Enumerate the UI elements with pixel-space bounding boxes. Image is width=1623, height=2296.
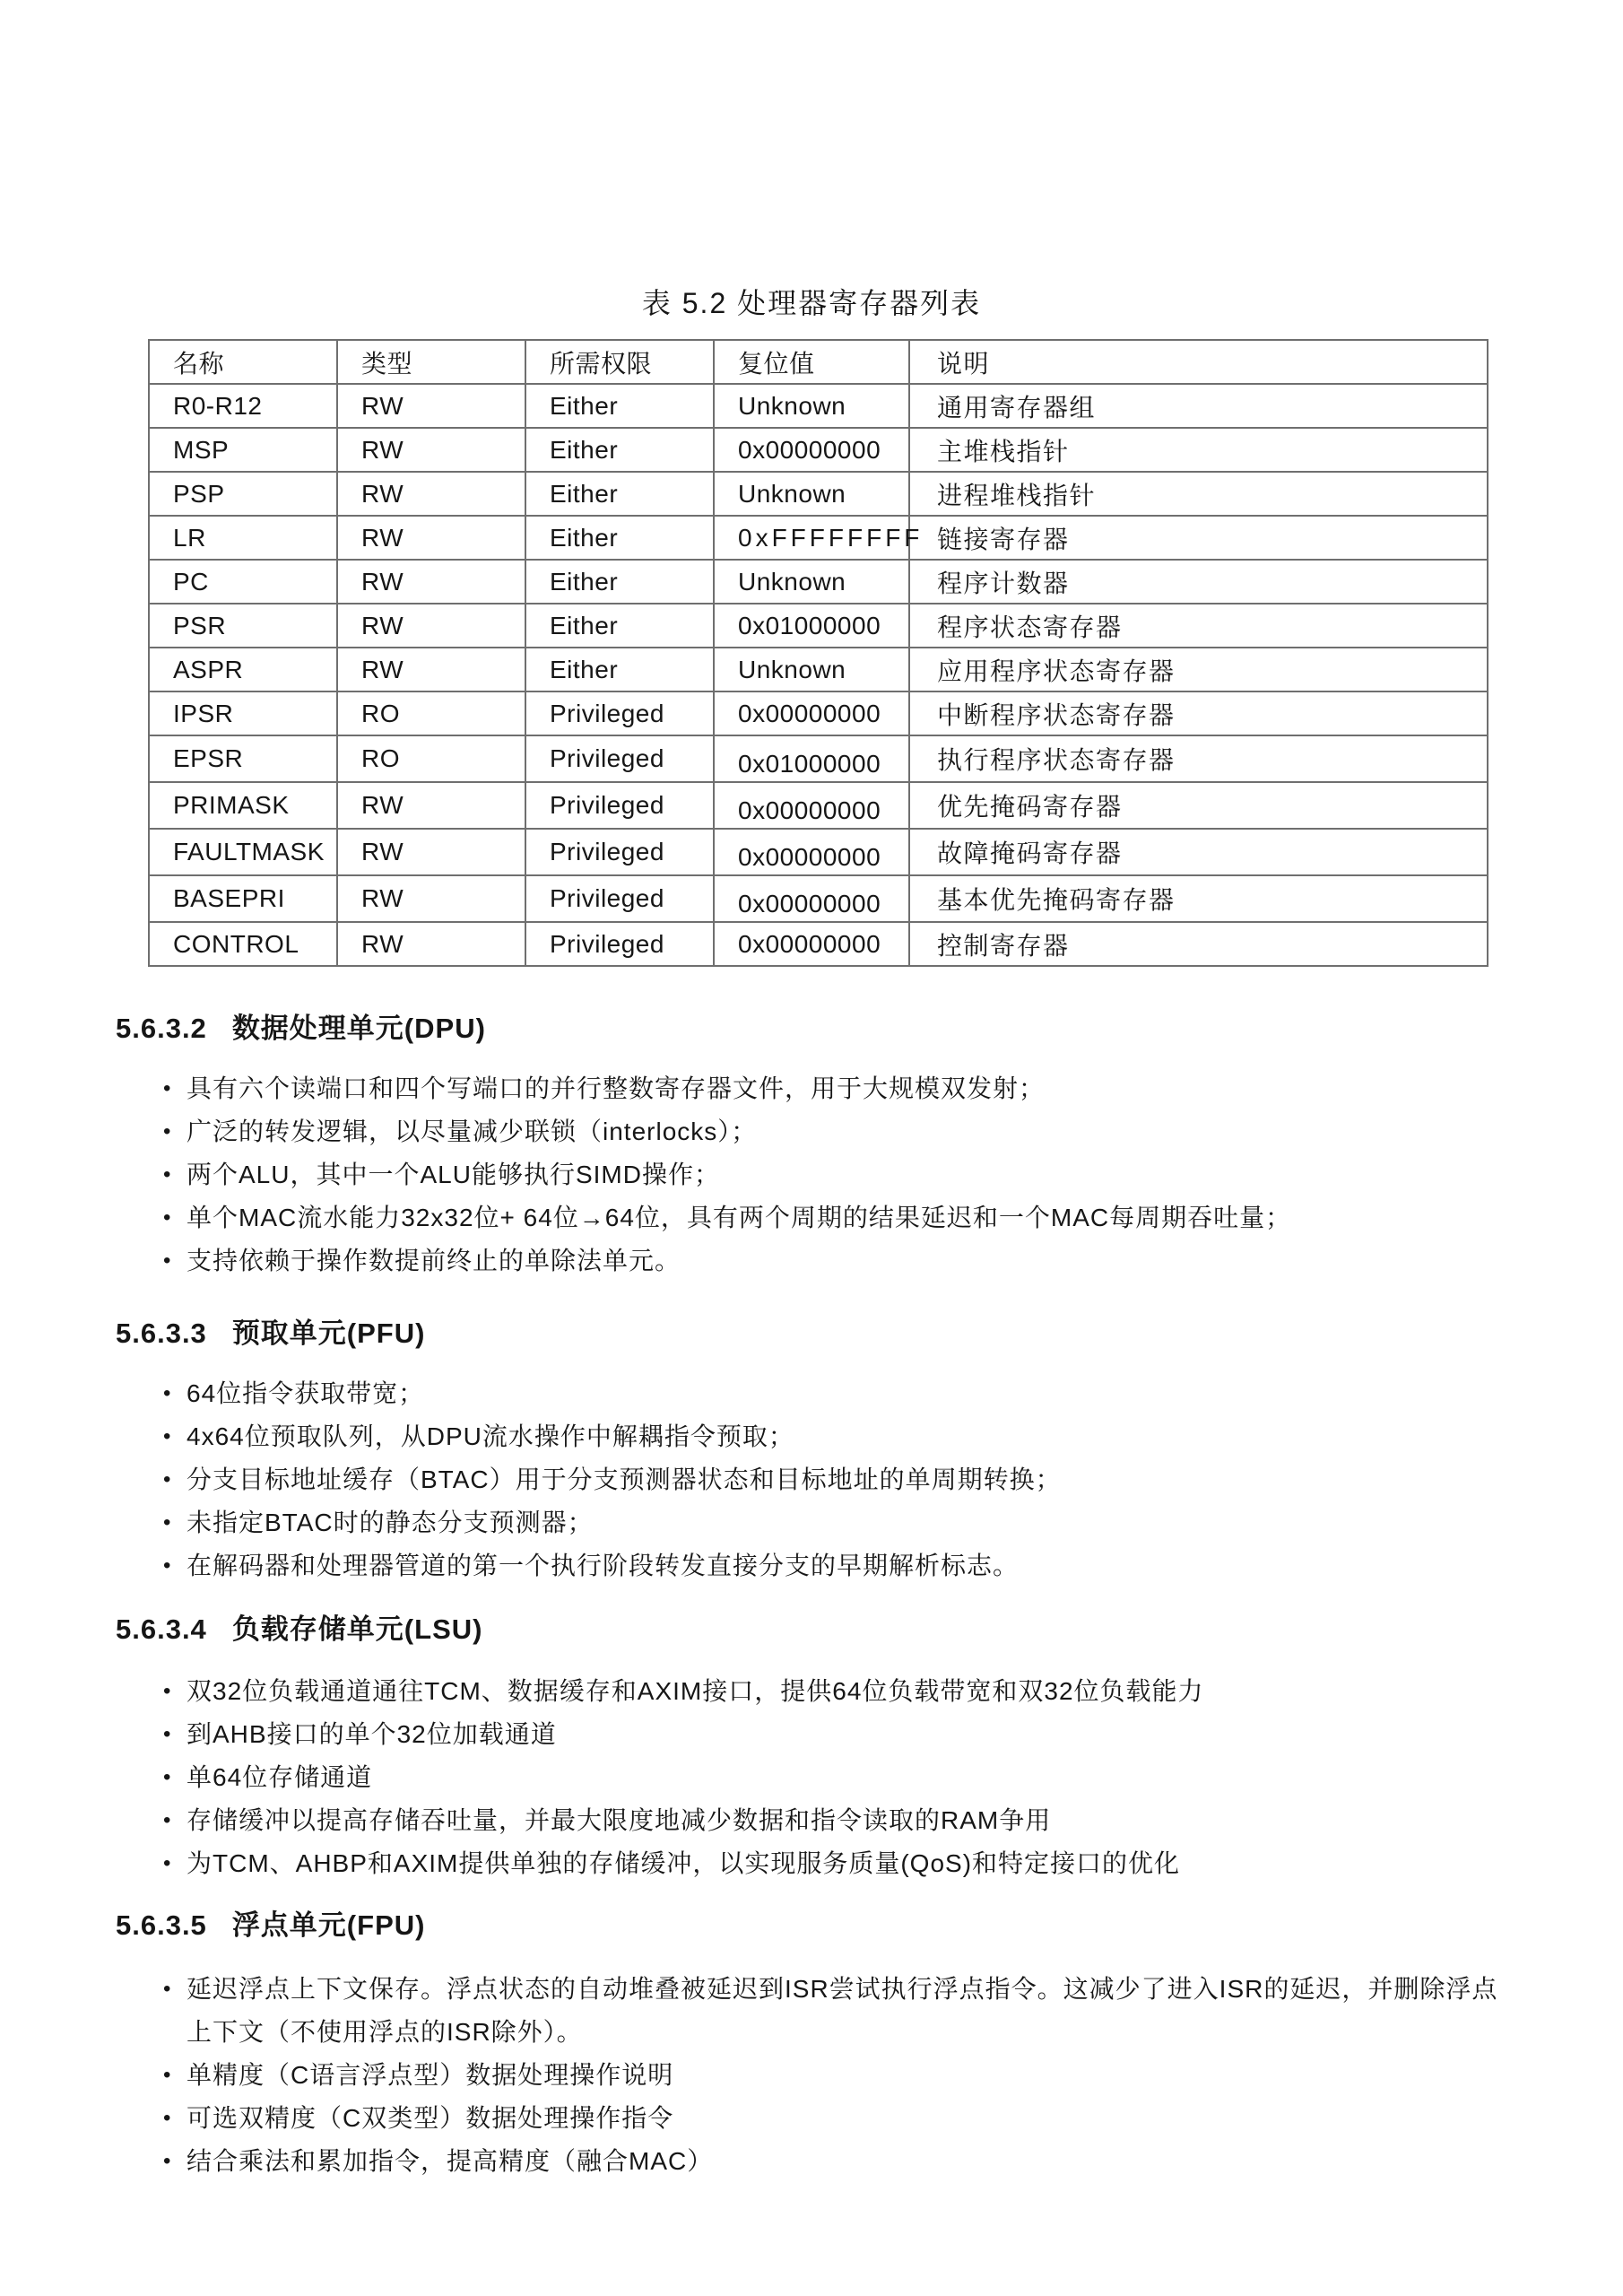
cell-type: RW bbox=[337, 875, 525, 922]
bullet-item: 延迟浮点上下文保存。浮点状态的自动堆叠被延迟到ISR尝试执行浮点指令。这减少了进… bbox=[163, 1968, 1515, 2054]
cell-privilege: Either bbox=[525, 604, 714, 648]
cell-desc: 链接寄存器 bbox=[909, 516, 1488, 560]
table-row: MSP RW Either 0x00000000 主堆栈指针 bbox=[149, 428, 1488, 472]
section-heading: 5.6.3.4负载存储单元(LSU) bbox=[116, 1611, 1623, 1648]
cell-desc: 控制寄存器 bbox=[909, 922, 1488, 966]
table-row: PRIMASK RW Privileged 0x00000000 优先掩码寄存器 bbox=[149, 782, 1488, 829]
bullet-item: 支持依赖于操作数提前终止的单除法单元。 bbox=[163, 1239, 1515, 1283]
cell-name: MSP bbox=[149, 428, 337, 472]
table-row: PSR RW Either 0x01000000 程序状态寄存器 bbox=[149, 604, 1488, 648]
cell-desc: 优先掩码寄存器 bbox=[909, 782, 1488, 829]
bullet-list: 具有六个读端口和四个写端口的并行整数寄存器文件，用于大规模双发射； 广泛的转发逻… bbox=[0, 1067, 1515, 1283]
section-title: 浮点单元(FPU) bbox=[232, 1909, 426, 1941]
table-row: BASEPRI RW Privileged 0x00000000 基本优先掩码寄… bbox=[149, 875, 1488, 922]
cell-privilege: Privileged bbox=[525, 922, 714, 966]
cell-name: R0-R12 bbox=[149, 384, 337, 428]
bullet-item: 单个MAC流水能力32x32位+ 64位→64位，具有两个周期的结果延迟和一个M… bbox=[163, 1196, 1515, 1239]
cell-privilege: Either bbox=[525, 648, 714, 691]
cell-reset: 0x01000000 bbox=[714, 735, 909, 782]
section-heading: 5.6.3.5浮点单元(FPU) bbox=[116, 1907, 1623, 1944]
cell-type: RW bbox=[337, 472, 525, 516]
cell-desc: 程序状态寄存器 bbox=[909, 604, 1488, 648]
cell-type: RW bbox=[337, 648, 525, 691]
section-heading: 5.6.3.2数据处理单元(DPU) bbox=[116, 1010, 1623, 1048]
table-row: FAULTMASK RW Privileged 0x00000000 故障掩码寄… bbox=[149, 829, 1488, 875]
cell-privilege: Privileged bbox=[525, 782, 714, 829]
column-header-reset: 复位值 bbox=[714, 340, 909, 384]
section-pfu: 5.6.3.3预取单元(PFU) 64位指令获取带宽； 4x64位预取队列，从D… bbox=[0, 1315, 1623, 1587]
cell-desc: 应用程序状态寄存器 bbox=[909, 648, 1488, 691]
cell-type: RW bbox=[337, 922, 525, 966]
cell-desc: 中断程序状态寄存器 bbox=[909, 691, 1488, 735]
section-number: 5.6.3.5 bbox=[116, 1907, 207, 1944]
cell-name: EPSR bbox=[149, 735, 337, 782]
cell-name: PRIMASK bbox=[149, 782, 337, 829]
section-number: 5.6.3.3 bbox=[116, 1315, 207, 1352]
bullet-item: 具有六个读端口和四个写端口的并行整数寄存器文件，用于大规模双发射； bbox=[163, 1067, 1515, 1110]
bullet-item: 为TCM、AHBP和AXIM提供单独的存储缓冲，以实现服务质量(QoS)和特定接… bbox=[163, 1842, 1515, 1885]
cell-reset: Unknown bbox=[714, 472, 909, 516]
bullet-item: 分支目标地址缓存（BTAC）用于分支预测器状态和目标地址的单周期转换； bbox=[163, 1458, 1515, 1501]
bullet-list: 64位指令获取带宽； 4x64位预取队列，从DPU流水操作中解耦指令预取； 分支… bbox=[0, 1372, 1515, 1587]
section-number: 5.6.3.4 bbox=[116, 1611, 207, 1648]
cell-name: FAULTMASK bbox=[149, 829, 337, 875]
column-header-type: 类型 bbox=[337, 340, 525, 384]
cell-reset: 0x00000000 bbox=[714, 428, 909, 472]
bullet-item: 64位指令获取带宽； bbox=[163, 1372, 1515, 1415]
cell-reset: 0x01000000 bbox=[714, 604, 909, 648]
cell-desc: 进程堆栈指针 bbox=[909, 472, 1488, 516]
section-number: 5.6.3.2 bbox=[116, 1010, 207, 1048]
cell-privilege: Privileged bbox=[525, 875, 714, 922]
cell-desc: 程序计数器 bbox=[909, 560, 1488, 604]
cell-type: RW bbox=[337, 516, 525, 560]
cell-type: RO bbox=[337, 691, 525, 735]
cell-name: ASPR bbox=[149, 648, 337, 691]
cell-reset: 0x00000000 bbox=[714, 782, 909, 829]
table-row: LR RW Either 0xFFFFFFFF 链接寄存器 bbox=[149, 516, 1488, 560]
cell-type: RW bbox=[337, 428, 525, 472]
cell-desc: 执行程序状态寄存器 bbox=[909, 735, 1488, 782]
bullet-item: 单精度（C语言浮点型）数据处理操作说明 bbox=[163, 2054, 1515, 2097]
cell-privilege: Either bbox=[525, 428, 714, 472]
table-row: PSP RW Either Unknown 进程堆栈指针 bbox=[149, 472, 1488, 516]
section-dpu: 5.6.3.2数据处理单元(DPU) 具有六个读端口和四个写端口的并行整数寄存器… bbox=[0, 1010, 1623, 1283]
table-caption: 表 5.2 处理器寄存器列表 bbox=[0, 285, 1623, 321]
bullet-list: 延迟浮点上下文保存。浮点状态的自动堆叠被延迟到ISR尝试执行浮点指令。这减少了进… bbox=[0, 1968, 1515, 2183]
bullet-item: 在解码器和处理器管道的第一个执行阶段转发直接分支的早期解析标志。 bbox=[163, 1544, 1515, 1587]
bullet-list: 双32位负载通道通往TCM、数据缓存和AXIM接口，提供64位负载带宽和双32位… bbox=[0, 1670, 1515, 1885]
cell-desc: 基本优先掩码寄存器 bbox=[909, 875, 1488, 922]
cell-name: PSP bbox=[149, 472, 337, 516]
column-header-privilege: 所需权限 bbox=[525, 340, 714, 384]
cell-privilege: Either bbox=[525, 560, 714, 604]
cell-reset: 0x00000000 bbox=[714, 922, 909, 966]
cell-name: PSR bbox=[149, 604, 337, 648]
cell-type: RW bbox=[337, 560, 525, 604]
cell-name: CONTROL bbox=[149, 922, 337, 966]
cell-name: PC bbox=[149, 560, 337, 604]
table-row: EPSR RO Privileged 0x01000000 执行程序状态寄存器 bbox=[149, 735, 1488, 782]
cell-reset: 0x00000000 bbox=[714, 829, 909, 875]
table-row: CONTROL RW Privileged 0x00000000 控制寄存器 bbox=[149, 922, 1488, 966]
table-header-row: 名称 类型 所需权限 复位值 说明 bbox=[149, 340, 1488, 384]
bullet-item: 结合乘法和累加指令，提高精度（融合MAC） bbox=[163, 2140, 1515, 2183]
cell-reset: Unknown bbox=[714, 560, 909, 604]
section-lsu: 5.6.3.4负载存储单元(LSU) 双32位负载通道通往TCM、数据缓存和AX… bbox=[0, 1611, 1623, 1885]
section-fpu: 5.6.3.5浮点单元(FPU) 延迟浮点上下文保存。浮点状态的自动堆叠被延迟到… bbox=[0, 1907, 1623, 2183]
cell-name: BASEPRI bbox=[149, 875, 337, 922]
document-page: 表 5.2 处理器寄存器列表 名称 类型 所需权限 复位值 说明 R0-R12 … bbox=[0, 0, 1623, 2296]
cell-privilege: Either bbox=[525, 472, 714, 516]
cell-privilege: Privileged bbox=[525, 691, 714, 735]
bullet-item: 双32位负载通道通往TCM、数据缓存和AXIM接口，提供64位负载带宽和双32位… bbox=[163, 1670, 1515, 1713]
cell-type: RW bbox=[337, 604, 525, 648]
cell-reset: Unknown bbox=[714, 648, 909, 691]
cell-privilege: Either bbox=[525, 516, 714, 560]
cell-name: IPSR bbox=[149, 691, 337, 735]
cell-privilege: Either bbox=[525, 384, 714, 428]
bullet-item: 4x64位预取队列，从DPU流水操作中解耦指令预取； bbox=[163, 1415, 1515, 1458]
cell-reset: 0x00000000 bbox=[714, 875, 909, 922]
bullet-item: 广泛的转发逻辑，以尽量减少联锁（interlocks）； bbox=[163, 1110, 1515, 1153]
cell-desc: 主堆栈指针 bbox=[909, 428, 1488, 472]
table-row: ASPR RW Either Unknown 应用程序状态寄存器 bbox=[149, 648, 1488, 691]
section-title: 预取单元(PFU) bbox=[232, 1318, 426, 1349]
section-heading: 5.6.3.3预取单元(PFU) bbox=[116, 1315, 1623, 1352]
section-title: 负载存储单元(LSU) bbox=[232, 1613, 483, 1645]
cell-privilege: Privileged bbox=[525, 735, 714, 782]
cell-type: RW bbox=[337, 829, 525, 875]
cell-desc: 故障掩码寄存器 bbox=[909, 829, 1488, 875]
cell-reset: 0x00000000 bbox=[714, 691, 909, 735]
bullet-item: 到AHB接口的单个32位加载通道 bbox=[163, 1713, 1515, 1756]
cell-type: RW bbox=[337, 782, 525, 829]
cell-type: RW bbox=[337, 384, 525, 428]
processor-register-table: 名称 类型 所需权限 复位值 说明 R0-R12 RW Either Unkno… bbox=[148, 339, 1488, 967]
bullet-item: 未指定BTAC时的静态分支预测器； bbox=[163, 1501, 1515, 1544]
cell-desc: 通用寄存器组 bbox=[909, 384, 1488, 428]
table-row: PC RW Either Unknown 程序计数器 bbox=[149, 560, 1488, 604]
column-header-desc: 说明 bbox=[909, 340, 1488, 384]
bullet-item: 单64位存储通道 bbox=[163, 1756, 1515, 1799]
table-row: IPSR RO Privileged 0x00000000 中断程序状态寄存器 bbox=[149, 691, 1488, 735]
bullet-item: 可选双精度（C双类型）数据处理操作指令 bbox=[163, 2097, 1515, 2140]
bullet-item: 存储缓冲以提高存储吞吐量，并最大限度地减少数据和指令读取的RAM争用 bbox=[163, 1799, 1515, 1842]
column-header-name: 名称 bbox=[149, 340, 337, 384]
table-row: R0-R12 RW Either Unknown 通用寄存器组 bbox=[149, 384, 1488, 428]
section-title: 数据处理单元(DPU) bbox=[232, 1013, 486, 1044]
cell-type: RO bbox=[337, 735, 525, 782]
cell-reset: 0xFFFFFFFF bbox=[714, 516, 909, 560]
bullet-item: 两个ALU，其中一个ALU能够执行SIMD操作； bbox=[163, 1153, 1515, 1196]
cell-reset: Unknown bbox=[714, 384, 909, 428]
cell-privilege: Privileged bbox=[525, 829, 714, 875]
cell-name: LR bbox=[149, 516, 337, 560]
